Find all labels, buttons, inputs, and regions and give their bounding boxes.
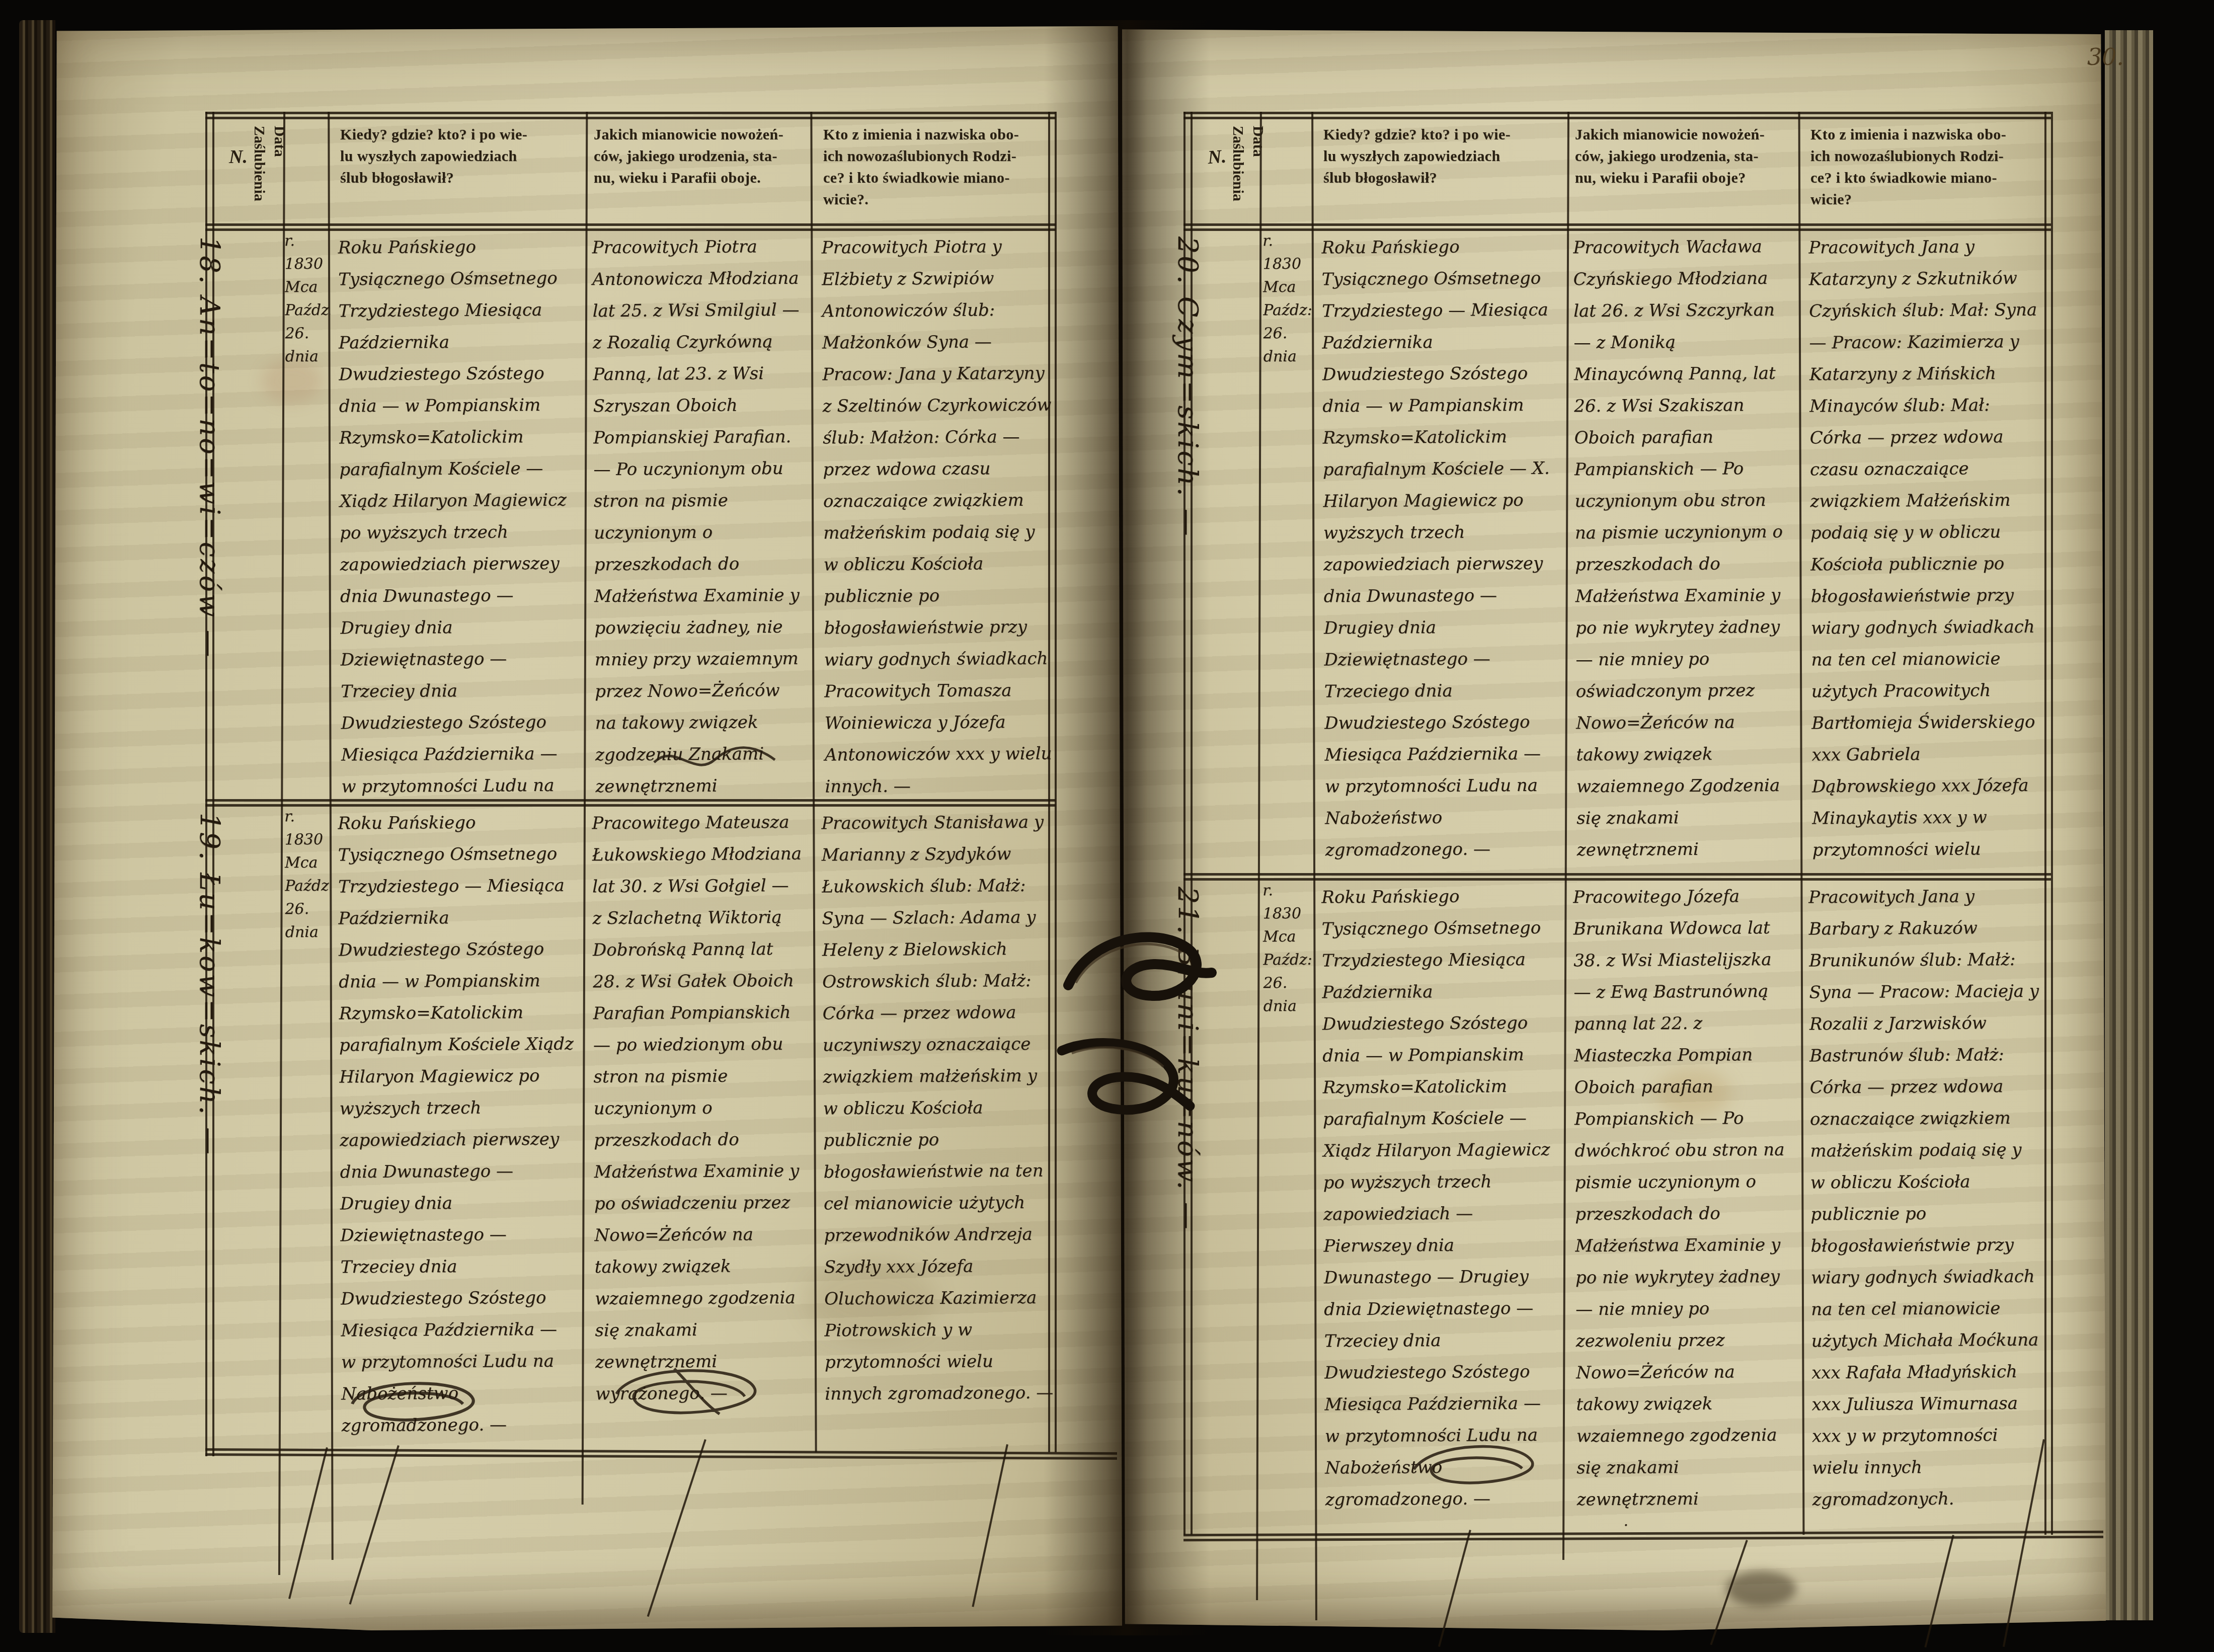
entry-20-when-text: Roku Pańskiego Tysiącznego Ośmsetnego Tr… [1313,227,1566,869]
entry-19-parents-text: Pracowitych Stanisława y Marianny z Szyd… [813,803,1063,1448]
flourish-ornament [342,1369,493,1434]
book-scan: 30. N. Data Zaślubienia Kiedy? gdzie? kt… [0,0,2214,1652]
binding-tie-icon [1052,1031,1198,1126]
right-page-edges [2105,30,2153,1620]
header-date-column: Data Zaślubienia [249,126,289,201]
entry-18-couple-text: Pracowitych Piotra Antonowicza Młodziana… [584,227,814,797]
entry-18-margin-name: 18. An=to=no=wi=czów — [194,237,225,659]
page-number: 30. [2087,43,2124,70]
entry-21-when-text: Roku Pańskiego Tysiącznego Ośmsetnego Tr… [1313,877,1566,1527]
flourish-ornament [649,740,780,780]
entry-18-when-text: Roku Pańskiego Tysiącznego Ośmsetnego Tr… [330,226,585,797]
binding-tie-icon [1061,925,1222,1015]
entry-20-couple-text: Pracowitych Wacława Czyńskiego Młodziana… [1565,227,1801,869]
table-rule [1183,112,2051,114]
flourish-ornament [604,1354,770,1429]
entry-20-margin-name: 20. Czym=skich. — [1172,237,1204,538]
entry-21-parents-text: Pracowitych Jana y Barbary z Rakuzów Bru… [1800,877,2052,1527]
flourish-ornament [1404,1434,1545,1494]
header-parents-column: Kto z imienia i nazwiska obo- ich nowoza… [1802,120,2044,214]
table-rule [205,223,1056,226]
entry-18-date: r. 1830 Mca Paźdz: 26. dnia [281,227,331,369]
paper-stain [1726,1571,1796,1606]
header-number-column: N. [1207,145,1227,169]
header-when-column: Kiedy? gdzie? kto? i po wie- lu wyszłych… [332,120,584,193]
entry-18-parents-text: Pracowitych Piotra y Elżbiety z Szwipiów… [814,227,1063,797]
header-parents-column: Kto z imienia i nazwiska obo- ich nowoza… [815,120,1056,214]
book-spine-page-edges [19,20,55,1633]
entry-19-couple-text: Pracowitego Mateusza Łukowskiego Młodzia… [584,803,814,1448]
header-couple-column: Jakich mianowicie nowożeń- ców, jakiego … [1567,120,1799,193]
entry-19-date: r. 1830 Mca Paźdz: 26. dnia [281,803,331,945]
entry-19-when-text: Roku Pańskiego Tysiącznego Ośmsetnego Tr… [330,802,585,1448]
table-rule [205,112,1056,114]
entry-19-margin-name: 19. Łu=kow=skich. — [194,813,225,1156]
entry-21-couple-text: Pracowitego Józefa Brunikana Wdowca lat … [1565,877,1801,1527]
header-number-column: N. [229,146,248,168]
header-date-column: Data Zaślubienia [1228,126,1268,201]
entry-21-date: r. 1830 Mca Paźdz: 26. dnia [1259,877,1313,1018]
header-couple-column: Jakich mianowicie nowożeń- ców, jakiego … [586,120,813,193]
entry-20-date: r. 1830 Mca Paźdz: 26. dnia [1259,227,1313,369]
entry-20-parents-text: Pracowitych Jana y Katarzyny z Szkutnikó… [1800,227,2052,869]
header-when-column: Kiedy? gdzie? kto? i po wie- lu wyszłych… [1315,120,1565,193]
table-rule [205,799,1056,802]
